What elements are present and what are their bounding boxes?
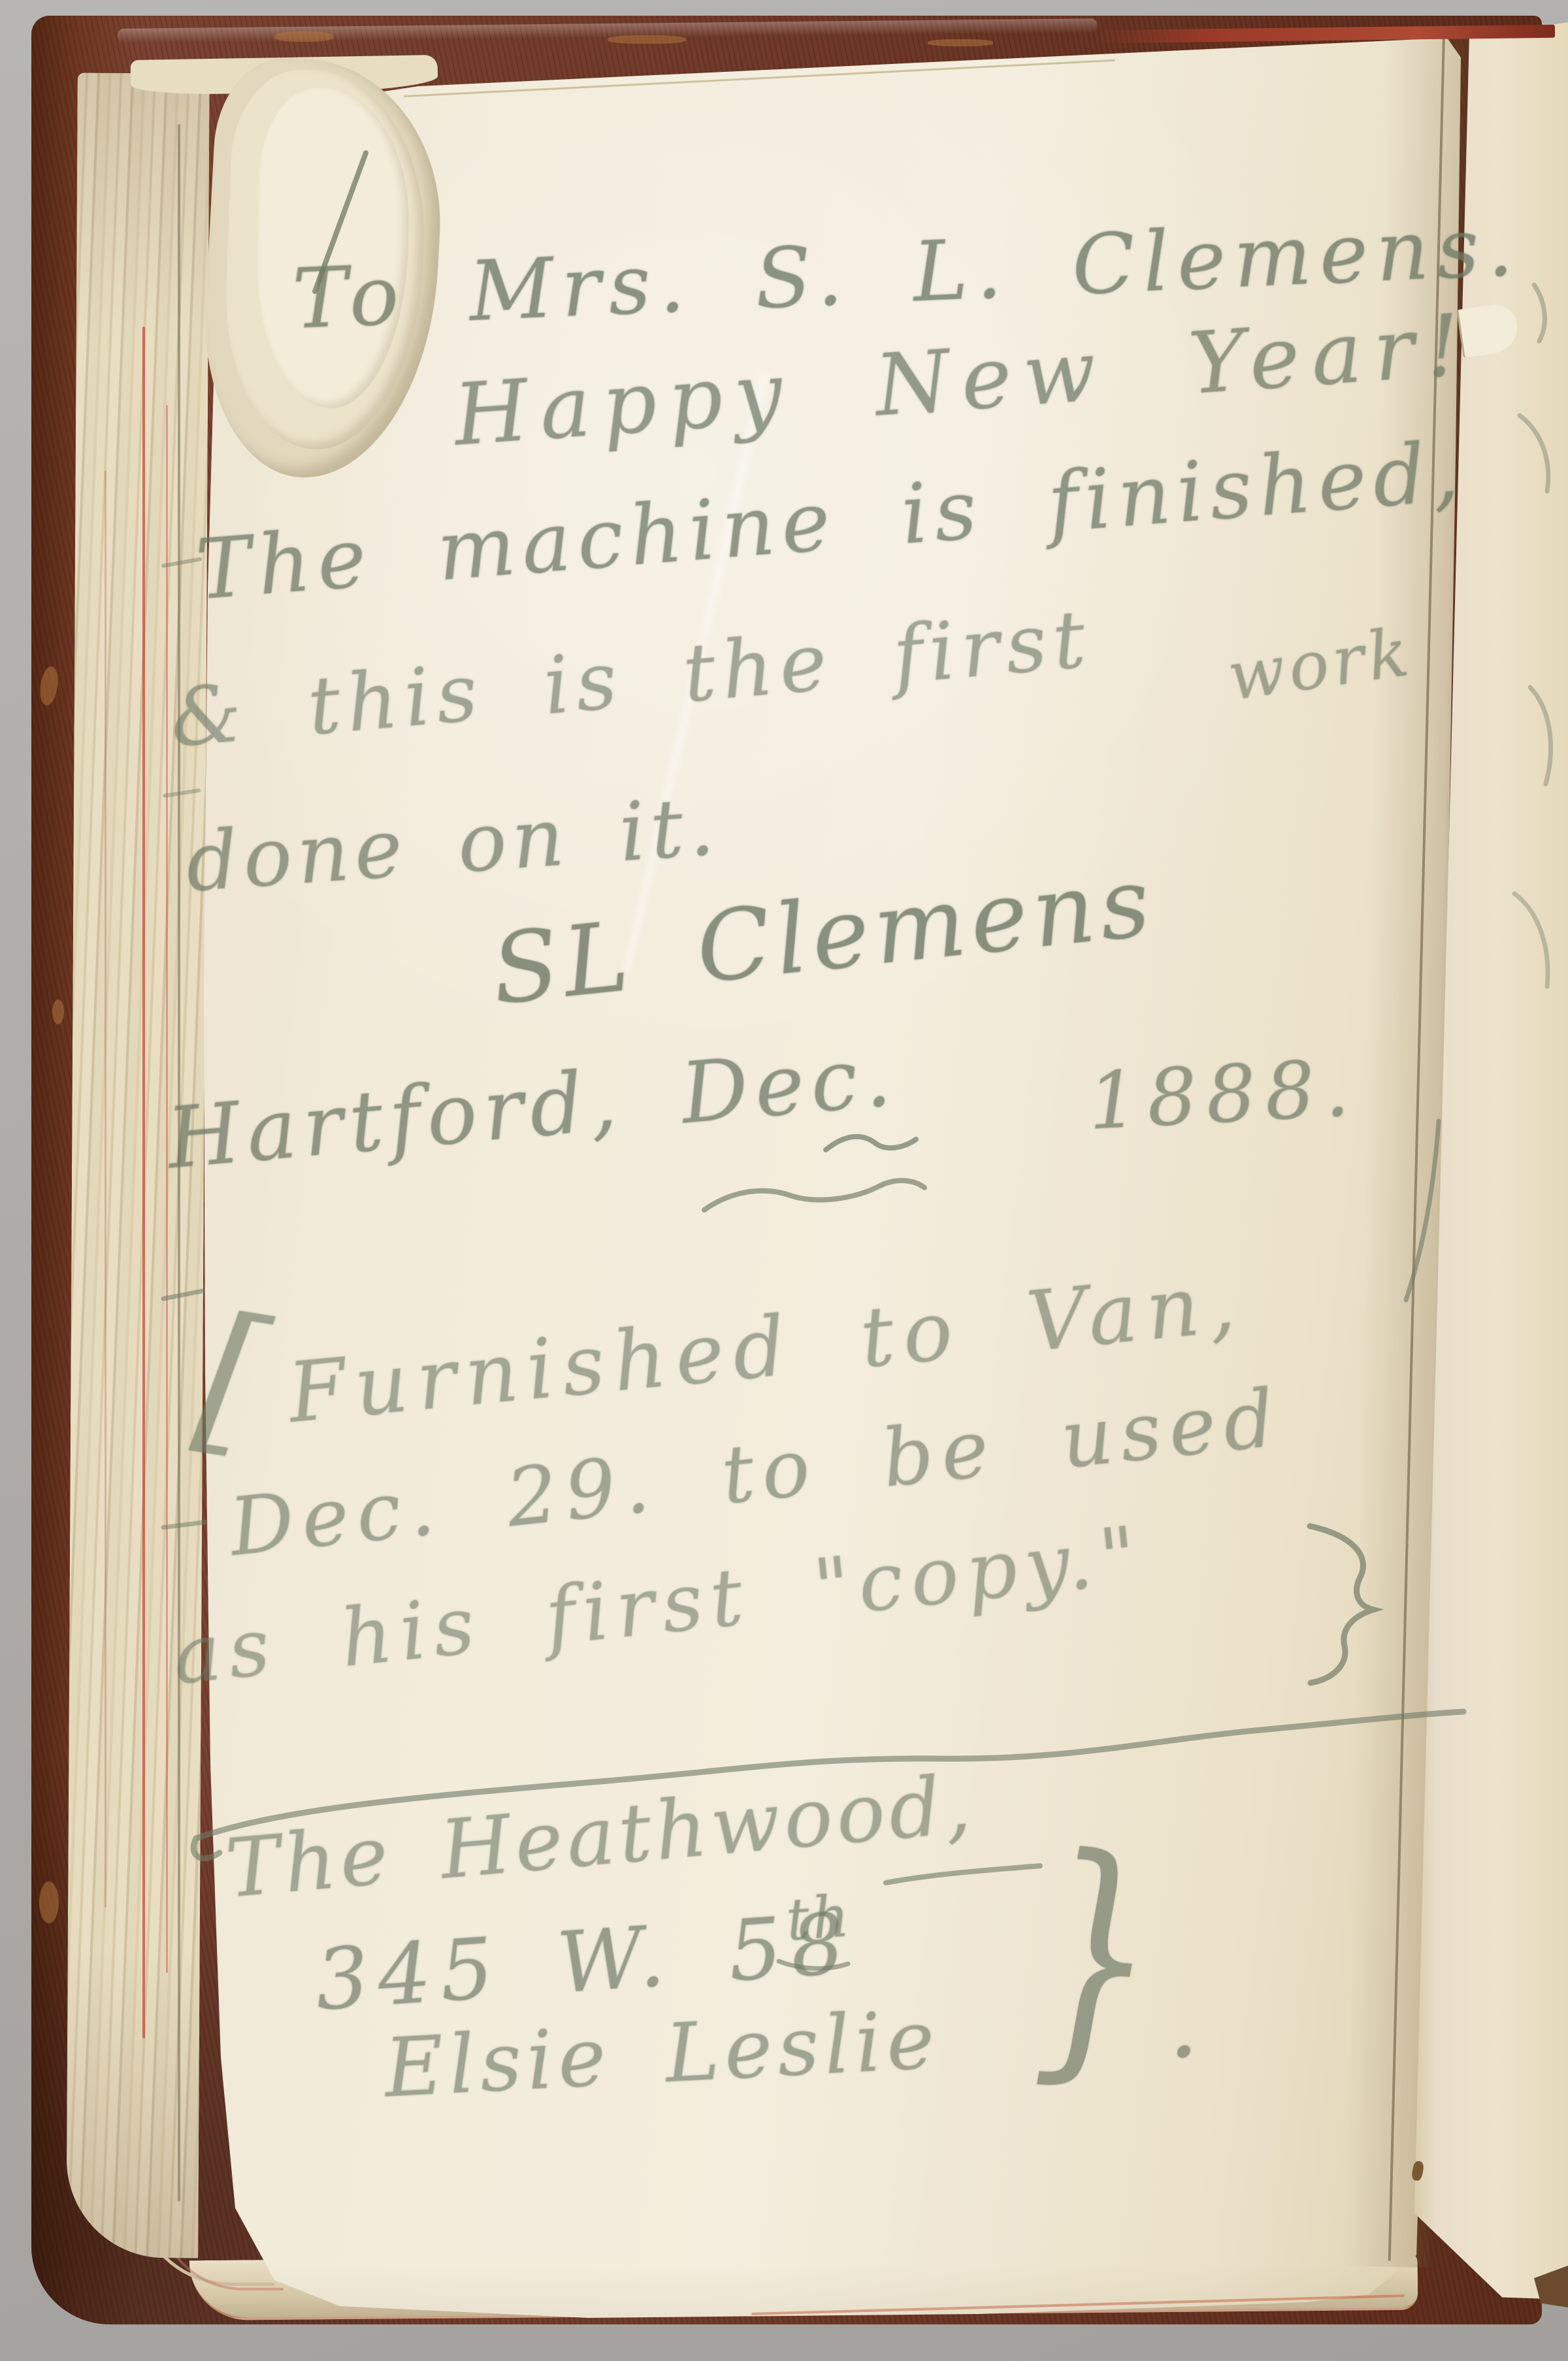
year-comma-stroke — [1406, 1121, 1439, 1300]
note-bracket-close-stroke — [1310, 1526, 1373, 1683]
handwriting-address-brace: } — [1030, 1821, 1160, 2091]
handwriting-brace-period: . — [1168, 1966, 1200, 2080]
heathwood-dash-stroke — [886, 1866, 1040, 1883]
margin-tick-stroke — [163, 559, 200, 566]
signature-flourish-stroke — [826, 1137, 916, 1150]
margin-tick-stroke — [165, 790, 199, 796]
facing-page-writing-fragment — [1530, 687, 1551, 784]
facing-page-writing-fragment — [1520, 415, 1548, 491]
facing-page-writing-fragment — [1514, 894, 1548, 986]
handwriting-dateline-year: 1888. — [1086, 1043, 1360, 1147]
margin-tick-stroke — [163, 1522, 205, 1527]
facing-page-writing-fragment — [1534, 285, 1544, 341]
margin-tick-stroke — [163, 1291, 203, 1299]
section-divider-squiggle — [704, 1180, 924, 1210]
handwriting-address-street-ordinal: th — [784, 1882, 854, 1954]
notebook-photo: To Mrs. S. L. Clemens. Happy New Year! T… — [0, 0, 1568, 2361]
